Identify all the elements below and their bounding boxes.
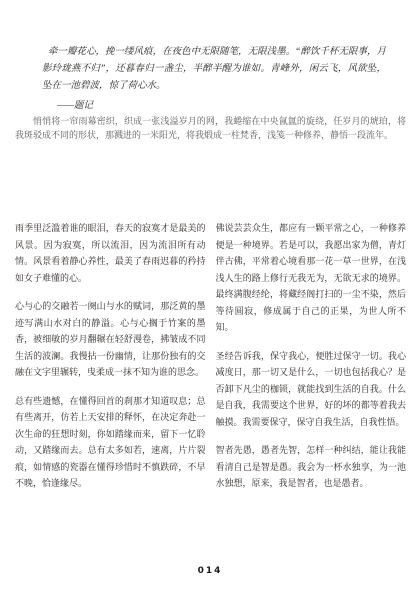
left-column: 雨季里泛滥着谁的眼泪，春天的寂寞才是最美的风景。因为寂寞，所以流泪，因为流泪所有… bbox=[15, 220, 206, 504]
right-paragraph-2: 圣经告诉我，保守我心，便胜过保守一切。我心减度日，那一切又是什么，一切也包括我心… bbox=[216, 348, 407, 431]
left-paragraph-1: 雨季里泛滥着谁的眼泪，春天的寂寞才是最美的风景。因为寂寞，所以流泪，因为流泪所有… bbox=[15, 220, 206, 286]
intro-paragraph: 悄悄将一帘雨幕密织，织成一张浅溢岁月的网，我蜷缩在中央氤氲的旋绕，任岁月的琥珀，… bbox=[15, 114, 406, 142]
page-number: 014 bbox=[0, 566, 420, 576]
epigraph-signature: ——题记 bbox=[42, 98, 386, 115]
body-columns: 雨季里泛滥着谁的眼泪，春天的寂寞才是最美的风景。因为寂寞，所以流泪，因为流泪所有… bbox=[15, 220, 406, 504]
right-paragraph-1: 佛说芸芸众生，都应有一颗平常之心，一种修养便是一种境界。若是可以，我愿出家为僧，… bbox=[216, 220, 407, 336]
epigraph: 牵一瓣花心，挽一缕风痕，在夜色中无限随笔，无限浅墨。“醉饮千杯无限事，月影玲珑燕… bbox=[42, 44, 386, 115]
document-page: 牵一瓣花心，挽一缕风痕，在夜色中无限随笔，无限浅墨。“醉饮千杯无限事，月影玲珑燕… bbox=[0, 0, 420, 589]
right-column: 佛说芸芸众生，都应有一颗平常之心，一种修养便是一种境界。若是可以，我愿出家为僧，… bbox=[216, 220, 407, 504]
left-paragraph-2: 心与心的交融若一阕山与水的赋词，那泛黄的墨迹写满山水对白的静溢。心与心搁于竹案的… bbox=[15, 298, 206, 381]
epigraph-text: 牵一瓣花心，挽一缕风痕，在夜色中无限随笔，无限浅墨。“醉饮千杯无限事，月影玲珑燕… bbox=[42, 44, 386, 95]
left-paragraph-3: 总有些遗憾，在懂得回首的刹那才知道叹息；总有些离开，仿若上天安排的释怀，在决定奔… bbox=[15, 393, 206, 492]
right-paragraph-3: 智者先愚，愚者先智，怎样一种纠结，能让我能看清自己是智是愚。我会为一杯水独享，为… bbox=[216, 442, 407, 492]
